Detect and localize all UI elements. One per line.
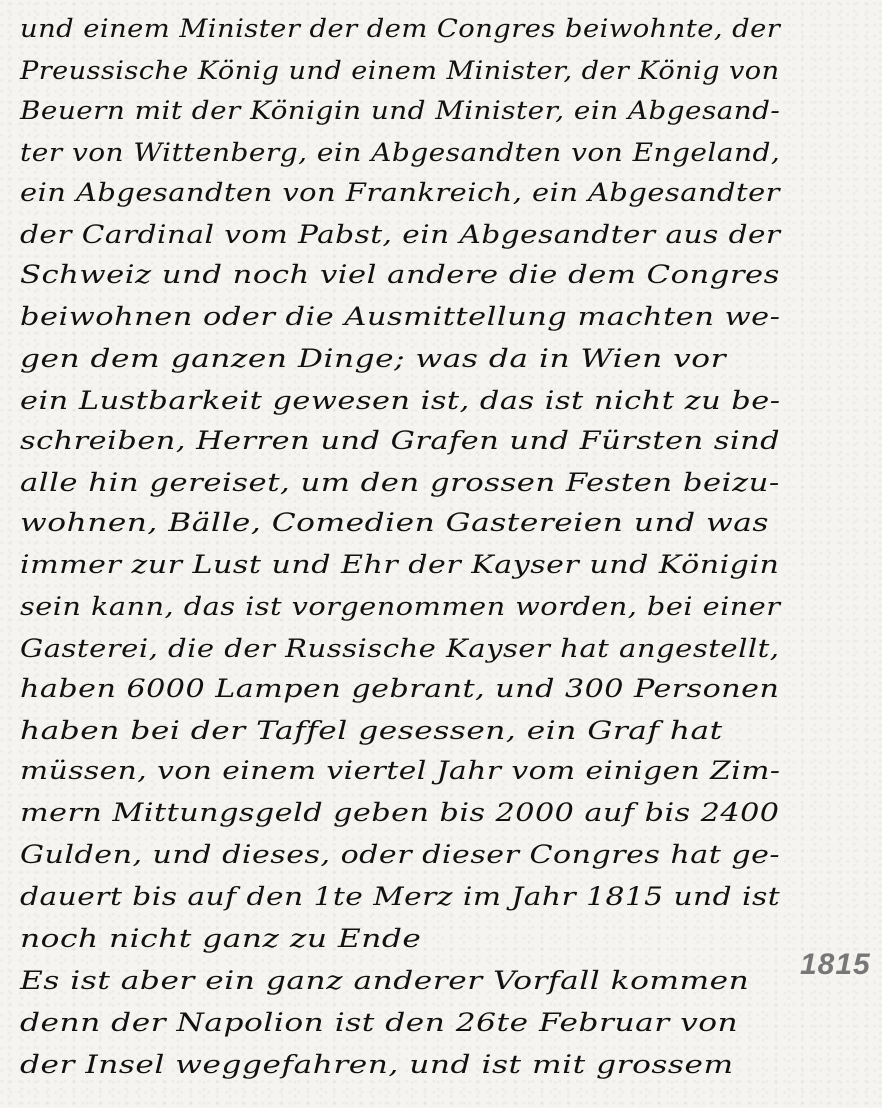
text-line-21: Gulden, und dieses, oder dieser Congres … (20, 842, 780, 867)
text-line-9: gen dem ganzen Dinge; was da in Wien vor (20, 346, 726, 371)
text-line-24: Es ist aber ein ganz anderer Vorfall kom… (20, 968, 749, 993)
text-line-10: ein Lustbarkeit gewesen ist, das ist nic… (20, 388, 780, 413)
text-line-17: haben 6000 Lampen gebrant, und 300 Perso… (20, 676, 779, 701)
text-line-15: sein kann, das ist vorgenommen worden, b… (20, 594, 781, 619)
text-line-18: haben bei der Taffel gesessen, ein Graf … (20, 718, 723, 743)
text-line-1: und einem Minister der dem Congres beiwo… (20, 16, 780, 41)
text-line-8: beiwohnen oder die Ausmittellung machten… (20, 304, 780, 329)
text-line-7: Schweiz und noch viel andere die dem Con… (20, 262, 780, 287)
manuscript-page: und einem Minister der dem Congres beiwo… (0, 0, 882, 1108)
text-line-4: ter von Wittenberg, ein Abgesandten von … (20, 140, 780, 165)
text-line-25: denn der Napolion ist den 26te Februar v… (20, 1010, 738, 1035)
text-line-23: noch nicht ganz zu Ende (20, 926, 421, 951)
text-line-20: mern Mittungsgeld geben bis 2000 auf bis… (20, 800, 779, 825)
text-line-16: Gasterei, die der Russische Kayser hat a… (20, 636, 779, 661)
text-line-12: alle hin gereiset, um den grossen Festen… (20, 470, 780, 495)
text-line-22: dauert bis auf den 1te Merz im Jahr 1815… (20, 884, 780, 909)
text-line-6: der Cardinal vom Pabst, ein Abgesandter … (20, 222, 781, 247)
text-line-14: immer zur Lust und Ehr der Kayser und Kö… (20, 552, 779, 577)
text-line-11: schreiben, Herren und Grafen und Fürsten… (20, 428, 780, 453)
text-line-13: wohnen, Bälle, Comedien Gastereien und w… (20, 510, 769, 535)
text-line-19: müssen, von einem viertel Jahr vom einig… (20, 758, 780, 783)
text-line-5: ein Abgesandten von Frankreich, ein Abge… (20, 180, 780, 205)
text-line-26: der Insel weggefahren, und ist mit gross… (20, 1052, 734, 1077)
text-line-2: Preussische König und einem Minister, de… (20, 58, 779, 83)
margin-note-year: 1815 (800, 948, 871, 982)
text-line-3: Beuern mit der Königin und Minister, ein… (20, 98, 780, 123)
